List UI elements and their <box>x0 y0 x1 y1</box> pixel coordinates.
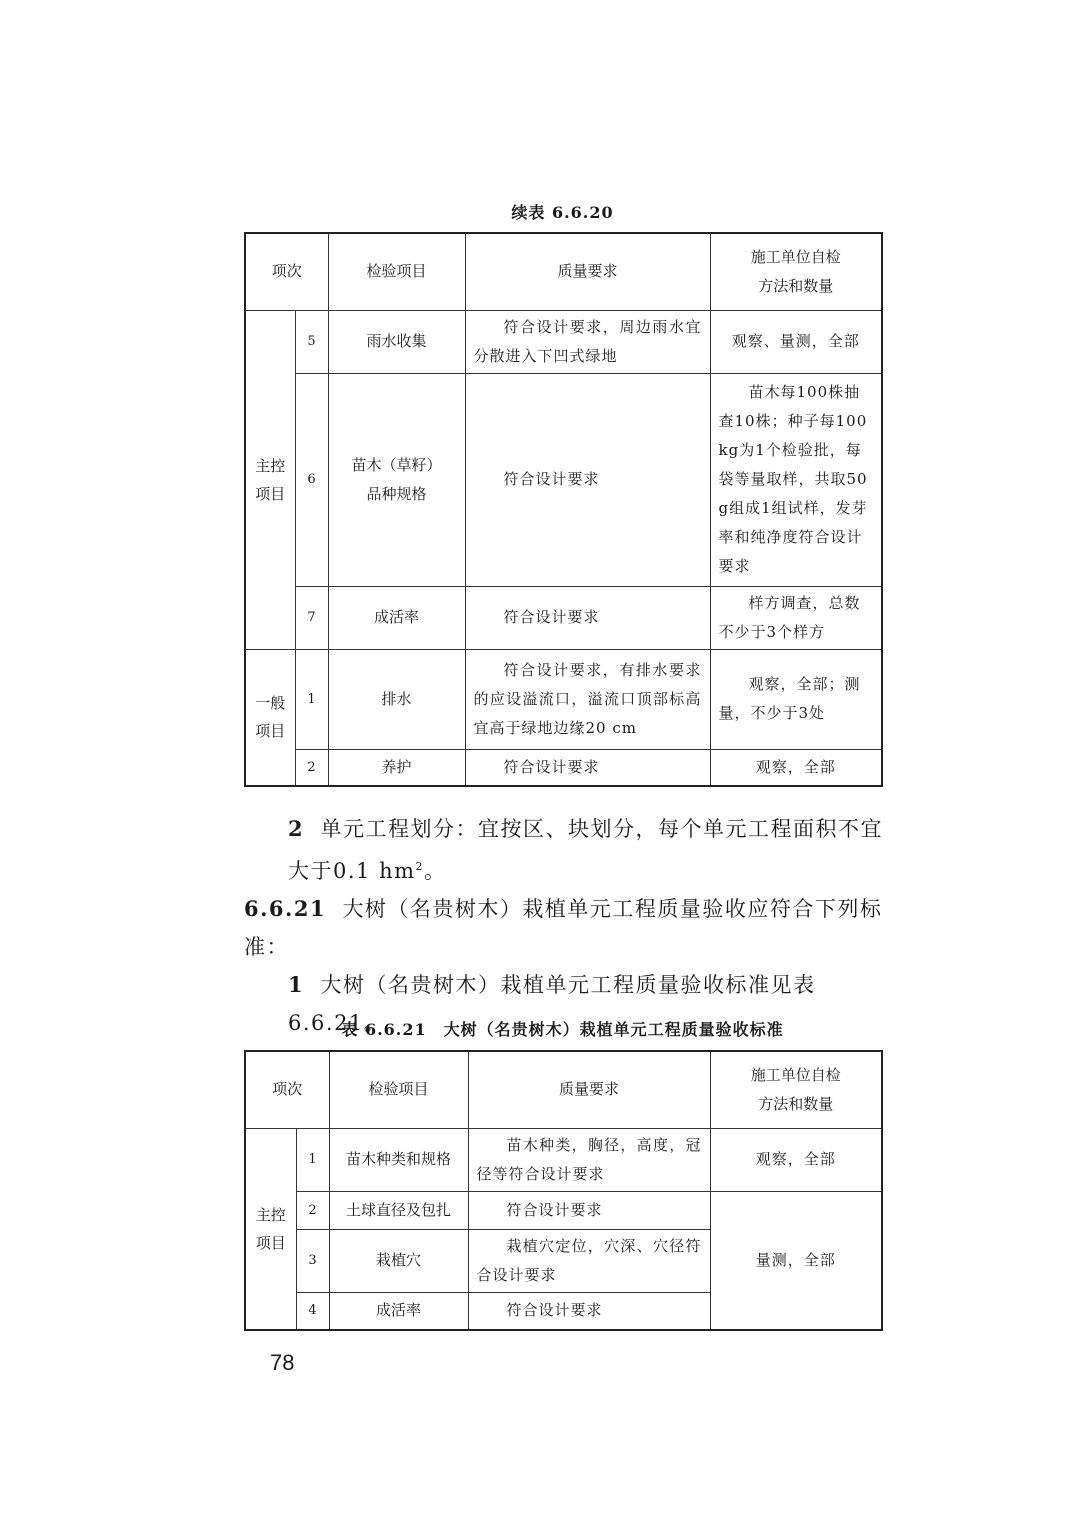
table-row: 主控 项目 5 雨水收集 符合设计要求，周边雨水宜分散进入下凹式绿地 观察、量测… <box>245 310 882 373</box>
table-row: 2 养护 符合设计要求 观察，全部 <box>245 749 882 786</box>
header-quality: 质量要求 <box>468 1051 710 1128</box>
clause-6-6-21: 6.6.21 大树（名贵树木）栽植单元工程质量验收应符合下列标准： <box>244 890 884 966</box>
row-requirement: 符合设计要求 <box>465 586 710 649</box>
row-requirement: 苗木种类，胸径，高度，冠径等符合设计要求 <box>468 1128 710 1191</box>
header-item-no: 项次 <box>245 1051 329 1128</box>
row-no: 1 <box>296 1128 329 1191</box>
table-row: 主控 项目 1 苗木种类和规格 苗木种类，胸径，高度，冠径等符合设计要求 观察，… <box>245 1128 882 1191</box>
row-method: 观察、量测，全部 <box>710 310 882 373</box>
header-method: 施工单位自检 方法和数量 <box>710 233 882 310</box>
row-method-merged: 量测，全部 <box>710 1191 882 1330</box>
row-no: 6 <box>295 373 328 586</box>
document-page: 续表 6.6.20 项次 检验项目 质量要求 施工单位自检 方法和数量 主控 项… <box>0 0 1080 1527</box>
row-item: 养护 <box>328 749 465 786</box>
row-requirement: 符合设计要求 <box>468 1191 710 1229</box>
row-method: 观察，全部 <box>710 749 882 786</box>
row-item: 苗木种类和规格 <box>329 1128 468 1191</box>
row-requirement: 符合设计要求 <box>465 373 710 586</box>
table-caption-6-6-21: 表 6.6.21 大树（名贵树木）栽植单元工程质量验收标准 <box>244 1017 881 1040</box>
header-check-item: 检验项目 <box>328 233 465 310</box>
row-requirement: 符合设计要求 <box>468 1292 710 1330</box>
row-no: 7 <box>295 586 328 649</box>
header-method-line1: 施工单位自检 <box>719 243 874 272</box>
table-header-row: 项次 检验项目 质量要求 施工单位自检 方法和数量 <box>245 1051 882 1128</box>
group-general: 一般 项目 <box>245 649 295 786</box>
group-main-control: 主控 项目 <box>245 310 295 649</box>
row-requirement: 符合设计要求，有排水要求的应设溢流口，溢流口顶部标高宜高于绿地边缘20 cm <box>465 649 710 749</box>
table-row: 一般 项目 1 排水 符合设计要求，有排水要求的应设溢流口，溢流口顶部标高宜高于… <box>245 649 882 749</box>
table-row: 2 土球直径及包扎 符合设计要求 量测，全部 <box>245 1191 882 1229</box>
table-row: 6 苗木（草籽） 品种规格 符合设计要求 苗木每100株抽查10株；种子每100… <box>245 373 882 586</box>
body-text: 2 单元工程划分：宜按区、块划分，每个单元工程面积不宜大于0.1 hm2。 6.… <box>244 810 884 1042</box>
table-row: 7 成活率 符合设计要求 样方调查，总数不少于3个样方 <box>245 586 882 649</box>
page-number: 78 <box>270 1350 294 1376</box>
table-6-6-20: 项次 检验项目 质量要求 施工单位自检 方法和数量 主控 项目 5 雨水收集 符… <box>244 232 883 787</box>
row-requirement: 符合设计要求，周边雨水宜分散进入下凹式绿地 <box>465 310 710 373</box>
row-requirement: 符合设计要求 <box>465 749 710 786</box>
row-no: 4 <box>296 1292 329 1330</box>
header-method: 施工单位自检 方法和数量 <box>710 1051 882 1128</box>
row-no: 3 <box>296 1229 329 1292</box>
paragraph-unit-division: 2 单元工程划分：宜按区、块划分，每个单元工程面积不宜大于0.1 hm2。 <box>244 810 884 890</box>
row-method: 样方调查，总数不少于3个样方 <box>710 586 882 649</box>
row-method: 观察，全部；测量，不少于3处 <box>710 649 882 749</box>
table-6-6-21: 项次 检验项目 质量要求 施工单位自检 方法和数量 主控 项目 1 苗木种类和规… <box>244 1050 883 1331</box>
row-method: 苗木每100株抽查10株；种子每100 kg为1个检验批，每袋等量取样，共取50… <box>710 373 882 586</box>
header-quality: 质量要求 <box>465 233 710 310</box>
row-item: 雨水收集 <box>328 310 465 373</box>
row-no: 2 <box>296 1191 329 1229</box>
row-no: 2 <box>295 749 328 786</box>
table-caption-6-6-20: 续表 6.6.20 <box>244 200 881 223</box>
row-item: 成活率 <box>328 586 465 649</box>
header-check-item: 检验项目 <box>329 1051 468 1128</box>
row-method: 观察，全部 <box>710 1128 882 1191</box>
group-main-control: 主控 项目 <box>245 1128 296 1330</box>
header-item-no: 项次 <box>245 233 328 310</box>
header-method-line2: 方法和数量 <box>719 272 874 301</box>
row-requirement: 栽植穴定位，穴深、穴径符合设计要求 <box>468 1229 710 1292</box>
table-header-row: 项次 检验项目 质量要求 施工单位自检 方法和数量 <box>245 233 882 310</box>
row-item: 栽植穴 <box>329 1229 468 1292</box>
row-no: 1 <box>295 649 328 749</box>
row-item: 成活率 <box>329 1292 468 1330</box>
row-item: 土球直径及包扎 <box>329 1191 468 1229</box>
row-item: 苗木（草籽） 品种规格 <box>328 373 465 586</box>
row-no: 5 <box>295 310 328 373</box>
row-item: 排水 <box>328 649 465 749</box>
